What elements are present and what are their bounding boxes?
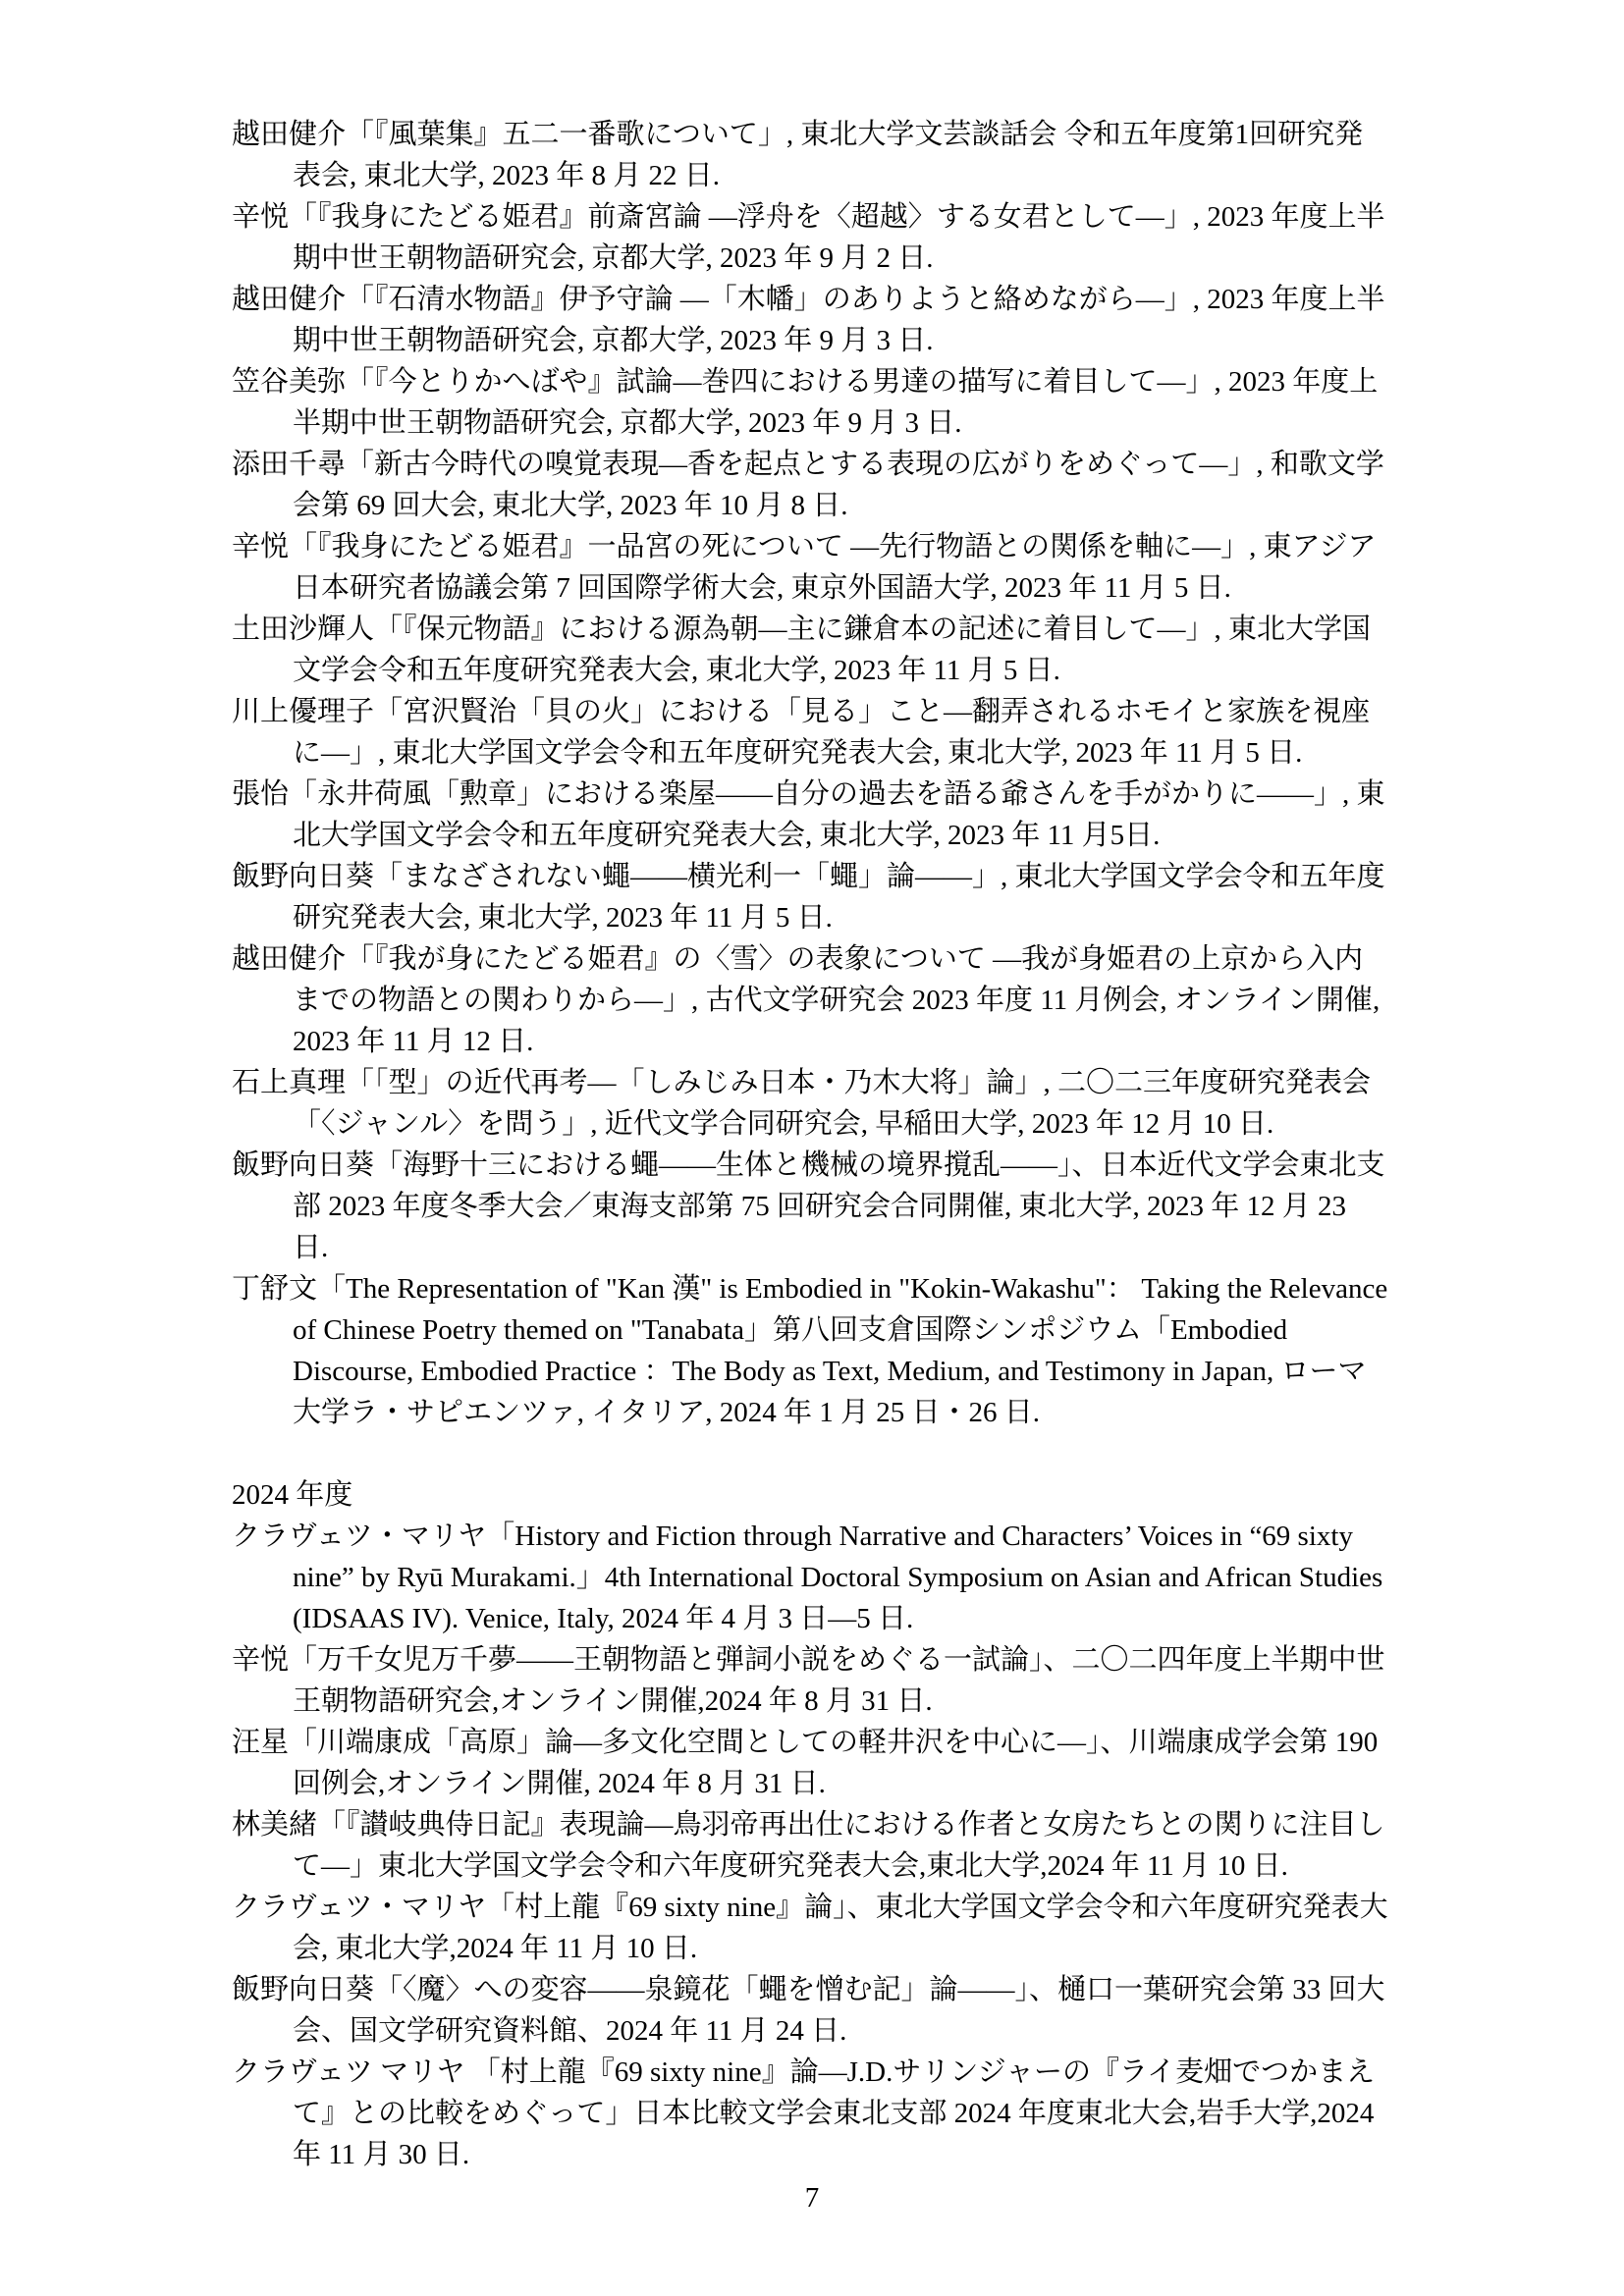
bibliography-entry: 越田健介「『風葉集』五二一番歌について」, 東北大学文芸談話会 令和五年度第1回… bbox=[232, 114, 1388, 196]
page-number: 7 bbox=[0, 2177, 1624, 2218]
bibliography-entry: 丁舒文「The Representation of "Kan 漢" is Emb… bbox=[232, 1268, 1388, 1433]
bibliography-entry: クラヴェツ・マリヤ「村上龍『69 sixty nine』論」、東北大学国文学会令… bbox=[232, 1887, 1388, 1969]
bibliography-entry: クラヴェツ・マリヤ「History and Fiction through Na… bbox=[232, 1516, 1388, 1639]
bibliography-entry: 越田健介「『石清水物語』伊予守論 ―「木幡」のありようと絡めながら―」, 202… bbox=[232, 279, 1388, 361]
document-page: 越田健介「『風葉集』五二一番歌について」, 東北大学文芸談話会 令和五年度第1回… bbox=[0, 0, 1624, 2296]
bibliography-entry: 汪星「川端康成「高原」論―多文化空間としての軽井沢を中心に―」、川端康成学会第 … bbox=[232, 1722, 1388, 1804]
bibliography-entry: 辛悦「『我身にたどる姫君』一品宮の死について ―先行物語との関係を軸に―」, 東… bbox=[232, 526, 1388, 609]
bibliography-entry: 飯野向日葵「まなざされない蠅――横光利一「蠅」論――」, 東北大学国文学会令和五… bbox=[232, 856, 1388, 938]
bibliography-entry: 川上優理子「宮沢賢治「貝の火」における「見る」こと―翻弄されるホモイと家族を視座… bbox=[232, 691, 1388, 774]
bibliography-entry: 林美緒「『讃岐典侍日記』表現論―鳥羽帝再出仕における作者と女房たちとの関りに注目… bbox=[232, 1804, 1388, 1887]
bibliography-entry: 張怡「永井荷風「勲章」における楽屋――自分の過去を語る爺さんを手がかりに――」,… bbox=[232, 774, 1388, 856]
bibliography-list: 越田健介「『風葉集』五二一番歌について」, 東北大学文芸談話会 令和五年度第1回… bbox=[232, 114, 1388, 2175]
bibliography-entry: 飯野向日葵「〈魔〉への変容――泉鏡花「蠅を憎む記」論――」、樋口一葉研究会第 3… bbox=[232, 1969, 1388, 2052]
section-heading-2024: 2024 年度 bbox=[232, 1474, 1388, 1516]
bibliography-entry: クラヴェツ マリヤ 「村上龍『69 sixty nine』論―J.D.サリンジャ… bbox=[232, 2052, 1388, 2175]
section-2024: 2024 年度 クラヴェツ・マリヤ「History and Fiction th… bbox=[232, 1474, 1388, 2175]
bibliography-entry: 辛悦「万千女児万千夢――王朝物語と弾詞小説をめぐる一試論」、二〇二四年度上半期中… bbox=[232, 1639, 1388, 1722]
bibliography-entry: 辛悦「『我身にたどる姫君』前斎宮論 ―浮舟を〈超越〉する女君として―」, 202… bbox=[232, 196, 1388, 279]
bibliography-entry: 笠谷美弥「『今とりかへばや』試論―巻四における男達の描写に着目して―」, 202… bbox=[232, 361, 1388, 444]
bibliography-entry: 石上真理「「型」の近代再考―「しみじみ日本・乃木大将」論」, 二〇二三年度研究発… bbox=[232, 1062, 1388, 1145]
section-2023: 越田健介「『風葉集』五二一番歌について」, 東北大学文芸談話会 令和五年度第1回… bbox=[232, 114, 1388, 1433]
bibliography-entry: 飯野向日葵「海野十三における蠅――生体と機械の境界撹乱――」、日本近代文学会東北… bbox=[232, 1145, 1388, 1268]
bibliography-entry: 添田千尋「新古今時代の嗅覚表現―香を起点とする表現の広がりをめぐって―」, 和歌… bbox=[232, 444, 1388, 526]
bibliography-entry: 土田沙輝人「『保元物語』における源為朝―主に鎌倉本の記述に着目して―」, 東北大… bbox=[232, 609, 1388, 691]
bibliography-entry: 越田健介「『我が身にたどる姫君』の〈雪〉の表象について ―我が身姫君の上京から入… bbox=[232, 938, 1388, 1062]
